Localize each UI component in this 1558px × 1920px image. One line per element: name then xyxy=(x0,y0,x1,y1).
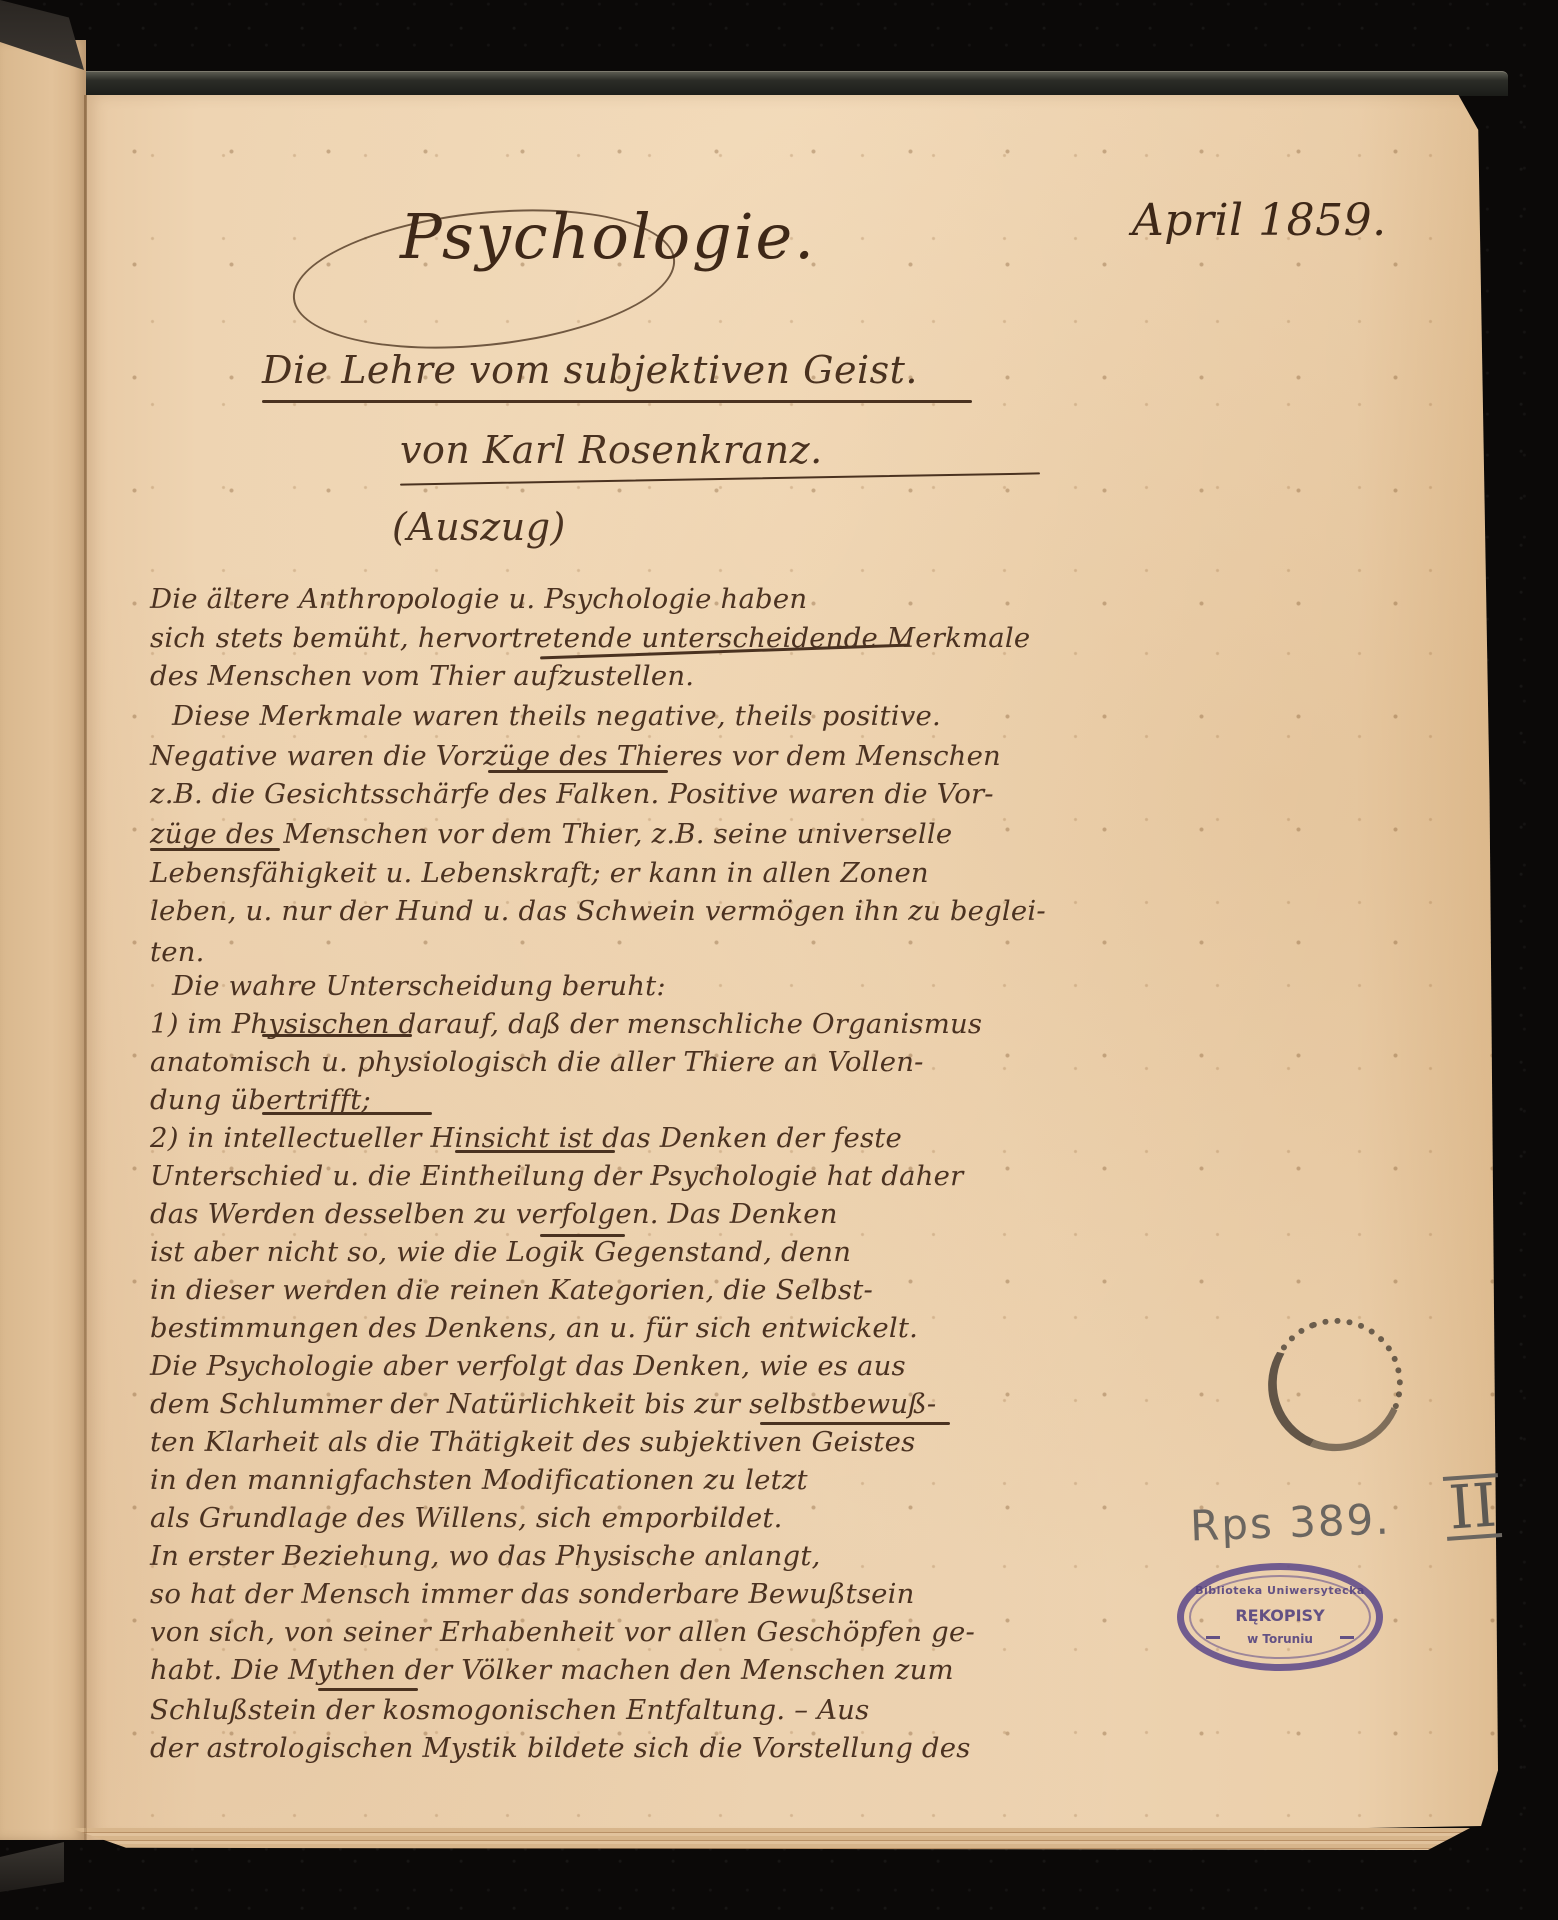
binding-strip xyxy=(86,71,1508,96)
body-line: Die Psychologie aber verfolgt das Denken… xyxy=(150,1350,906,1382)
body-line: Negative waren die Vorzüge des Thieres v… xyxy=(150,740,1001,772)
subtitle-underline xyxy=(262,400,972,403)
body-line: anatomisch u. physiologisch die aller Th… xyxy=(150,1046,924,1078)
body-line: ten. xyxy=(150,936,205,968)
text-underline xyxy=(262,1034,412,1037)
text-underline xyxy=(488,770,668,773)
body-line: habt. Die Mythen der Völker machen den M… xyxy=(150,1654,954,1686)
text-underline xyxy=(318,1688,418,1691)
body-line: leben, u. nur der Hund u. das Schwein ve… xyxy=(150,895,1046,927)
body-line: Die ältere Anthropologie u. Psychologie … xyxy=(150,583,807,615)
left-flyleaf-page xyxy=(0,40,86,1840)
text-underline xyxy=(760,1422,950,1425)
body-line: in dieser werden die reinen Kategorien, … xyxy=(150,1274,873,1306)
page-stack-edges xyxy=(70,1828,1470,1850)
body-line: Unterschied u. die Eintheilung der Psych… xyxy=(150,1160,963,1192)
body-line: ten Klarheit als die Thätigkeit des subj… xyxy=(150,1426,915,1458)
stamp-city: w Toruniu xyxy=(1184,1632,1376,1646)
body-line: von sich, von seiner Erhabenheit vor all… xyxy=(150,1616,975,1648)
body-line: Lebensfähigkeit u. Lebenskraft; er kann … xyxy=(150,857,929,889)
page-title: Psychologie. xyxy=(400,200,816,273)
body-line: das Werden desselben zu verfolgen. Das D… xyxy=(150,1198,838,1230)
text-underline xyxy=(262,1112,432,1115)
text-underline xyxy=(455,1150,615,1153)
stamp-department: RĘKOPISY xyxy=(1184,1606,1376,1625)
volume-number: II xyxy=(1443,1473,1503,1541)
library-stamp: Biblioteka Uniwersytecka RĘKOPISY w Toru… xyxy=(1177,1563,1383,1671)
body-line: sich stets bemüht, hervortretende unters… xyxy=(150,622,1030,654)
body-line: In erster Beziehung, wo das Physische an… xyxy=(150,1540,821,1572)
body-line: dem Schlummer der Natürlichkeit bis zur … xyxy=(150,1388,936,1420)
body-line: ist aber nicht so, wie die Logik Gegenst… xyxy=(150,1236,851,1268)
body-line: der astrologischen Mystik bildete sich d… xyxy=(150,1732,971,1764)
body-line: Die wahre Unterscheidung beruht: xyxy=(172,970,666,1002)
shelf-mark: Rps 389. xyxy=(1189,1495,1391,1551)
gutter-shadow xyxy=(84,95,87,1840)
body-line: Schlußstein der kosmogonischen Entfaltun… xyxy=(150,1694,869,1726)
body-line: so hat der Mensch immer das sonderbare B… xyxy=(150,1578,915,1610)
body-line: z.B. die Gesichtsschärfe des Falken. Pos… xyxy=(150,778,994,810)
stamp-library-name: Biblioteka Uniwersytecka xyxy=(1184,1584,1376,1597)
text-underline xyxy=(540,1234,625,1237)
body-line: bestimmungen des Denkens, an u. für sich… xyxy=(150,1312,918,1344)
body-line: Diese Merkmale waren theils negative, th… xyxy=(172,700,941,732)
body-line: in den mannigfachsten Modificationen zu … xyxy=(150,1464,808,1496)
body-line: züge des Menschen vor dem Thier, z.B. se… xyxy=(150,818,952,850)
author-line: von Karl Rosenkranz. xyxy=(400,428,823,472)
text-underline xyxy=(150,848,280,851)
date-note: April 1859. xyxy=(1132,195,1387,246)
subtitle: Die Lehre vom subjektiven Geist. xyxy=(262,348,918,392)
body-line: als Grundlage des Willens, sich emporbil… xyxy=(150,1502,783,1534)
body-line: des Menschen vom Thier aufzustellen. xyxy=(150,660,694,692)
excerpt-note: (Auszug) xyxy=(392,505,566,549)
